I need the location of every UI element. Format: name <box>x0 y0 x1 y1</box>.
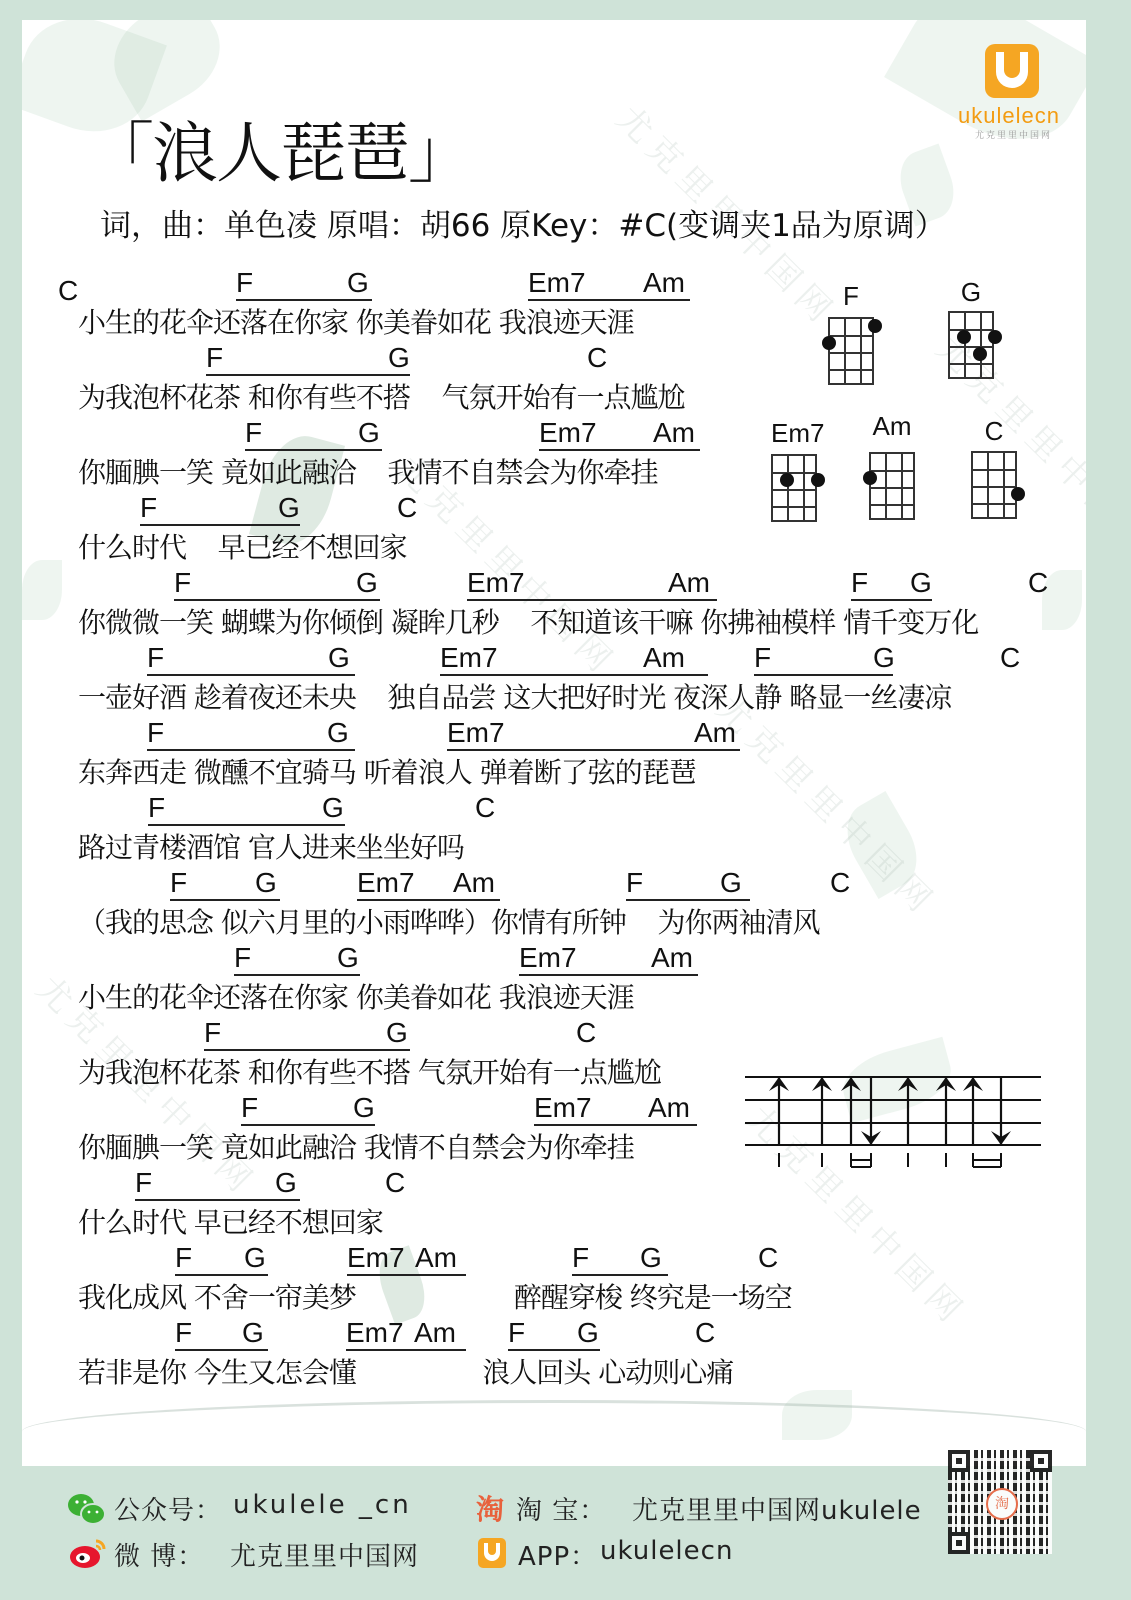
chord-diagram-name: F <box>828 281 874 312</box>
chord-label: F <box>170 868 187 898</box>
qr-code[interactable]: 淘 <box>948 1450 1052 1554</box>
leaf-decoration <box>884 20 1086 167</box>
chord-underline <box>135 1199 300 1201</box>
chord-underline <box>851 599 932 601</box>
chord-label: G <box>337 943 359 973</box>
chord-label: F <box>175 1243 192 1273</box>
chord-label: Am <box>653 418 695 448</box>
lyric-line: 你腼腆一笑 竟如此融洽 我情不自禁会为你牵挂 <box>78 456 658 490</box>
chord-underline <box>572 1274 668 1276</box>
chord-underline <box>347 1274 466 1276</box>
chord-underline <box>175 1349 268 1351</box>
chord-label: G <box>275 1168 297 1198</box>
strum-pattern <box>745 1073 1041 1173</box>
chord-label: G <box>873 643 895 673</box>
strum-pattern-icon <box>745 1073 1041 1173</box>
chord-label: F <box>245 418 262 448</box>
chord-label: Em7 <box>357 868 415 898</box>
chord-label: Am <box>643 268 685 298</box>
lyric-line: 为我泡杯花茶 和你有些不搭 气氛开始有一点尴尬 <box>78 1056 661 1090</box>
wechat-label: 公众号： <box>114 1490 222 1527</box>
chord-underline <box>234 974 360 976</box>
chord-underline <box>140 524 300 526</box>
chord-underline <box>467 599 717 601</box>
chord-label: Em7 <box>347 1243 405 1273</box>
weibo-account[interactable]: 尤克里里中国网 <box>230 1536 419 1573</box>
song-credits: 词，曲：单色凌 原唱：胡66 原Key：#C(变调夹1品为原调） <box>100 200 946 245</box>
chord-label: F <box>241 1093 258 1123</box>
chord-label: G <box>278 493 300 523</box>
chord-label: G <box>347 268 369 298</box>
lyric-line: 小生的花伞还落在你家 你美眷如花 我浪迹天涯 <box>78 306 634 340</box>
chord-label: G <box>577 1318 599 1348</box>
chord-underline <box>440 674 708 676</box>
chord-diagram-name: Em7 <box>771 418 817 449</box>
chord-label: G <box>356 568 378 598</box>
chord-label: G <box>910 568 932 598</box>
chord-label: Em7 <box>346 1318 404 1348</box>
chord-diagram-g: G <box>948 279 994 379</box>
chord-label: G <box>358 418 380 448</box>
chord-diagram-name: Am <box>869 411 915 442</box>
lyric-line: 小生的花伞还落在你家 你美眷如花 我浪迹天涯 <box>78 981 634 1015</box>
finger-dot <box>863 471 877 485</box>
chord-label: F <box>234 943 251 973</box>
lyric-line: 东奔西走 微醺不宜骑马 听着浪人 弹着断了弦的琵琶 <box>78 756 696 790</box>
chord-label: Am <box>453 868 495 898</box>
chord-label: F <box>140 493 157 523</box>
chord-label: C <box>58 276 78 306</box>
chord-diagram-am: Am <box>869 413 915 520</box>
chord-label: G <box>353 1093 375 1123</box>
chord-label: Am <box>651 943 693 973</box>
finger-dot <box>780 473 794 487</box>
chord-label: Em7 <box>539 418 597 448</box>
lyric-line: 路过青楼酒馆 官人进来坐坐好吗 <box>78 831 464 865</box>
chord-diagram-c: C <box>971 418 1017 519</box>
chord-underline <box>147 674 355 676</box>
chord-label: F <box>135 1168 152 1198</box>
taobao-label: 淘 宝： <box>516 1490 606 1527</box>
lyric-line: 你微微一笑 蝴蝶为你倾倒 凝眸几秒 不知道该干嘛 你拂袖模样 情千变万化 <box>78 606 978 640</box>
chord-underline <box>206 374 410 376</box>
chord-underline <box>534 1124 697 1126</box>
lyric-line: 我化成风 不舍一帘美梦 醉醒穿梭 终究是一场空 <box>78 1281 792 1315</box>
chord-diagram-em7: Em7 <box>771 420 817 522</box>
chord-underline <box>519 974 698 976</box>
chord-label: Em7 <box>440 643 498 673</box>
chord-label: Em7 <box>447 718 505 748</box>
chord-label: C <box>587 343 607 373</box>
chord-label: Em7 <box>467 568 525 598</box>
leaf-decoration <box>22 560 62 620</box>
chord-label: G <box>328 643 350 673</box>
chord-label: Em7 <box>534 1093 592 1123</box>
lyric-line: 若非是你 今生又怎会懂 浪人回头 心动则心痛 <box>78 1356 733 1390</box>
lyric-line: 你腼腆一笑 竟如此融洽 我情不自禁会为你牵挂 <box>78 1131 634 1165</box>
chord-diagram-name: C <box>971 416 1017 447</box>
vine-decoration <box>22 1400 1086 1463</box>
finger-dot <box>868 319 882 333</box>
chord-underline <box>170 899 280 901</box>
chord-underline <box>148 824 345 826</box>
chord-label: Em7 <box>528 268 586 298</box>
chord-label: C <box>475 793 495 823</box>
chord-underline <box>236 299 372 301</box>
chord-label: C <box>695 1318 715 1348</box>
chord-label: F <box>147 718 164 748</box>
lyric-line: 什么时代 早已经不想回家 <box>78 531 407 565</box>
chord-label: Am <box>668 568 710 598</box>
chord-underline <box>447 749 740 751</box>
taobao-shop[interactable]: 尤克里里中国网ukulele <box>632 1490 922 1527</box>
chord-underline <box>357 899 500 901</box>
chord-label: F <box>851 568 868 598</box>
chord-label: F <box>174 568 191 598</box>
chord-label: F <box>204 1018 221 1048</box>
chord-label: C <box>758 1243 778 1273</box>
chord-underline <box>204 1049 410 1051</box>
chord-underline <box>174 599 380 601</box>
chord-label: C <box>1028 568 1048 598</box>
qr-taobao-logo: 淘 <box>986 1488 1018 1520</box>
app-icon <box>478 1538 506 1568</box>
chord-underline <box>175 1274 268 1276</box>
weibo-icon <box>68 1537 108 1571</box>
chord-diagram-f: F <box>828 283 874 385</box>
wechat-icon <box>67 1492 107 1526</box>
chord-label: G <box>255 868 277 898</box>
lyric-line: 什么时代 早已经不想回家 <box>78 1206 383 1240</box>
chord-label: Am <box>414 1318 456 1348</box>
chord-underline <box>241 1124 375 1126</box>
chord-underline <box>147 749 355 751</box>
chord-underline <box>346 1349 466 1351</box>
lyric-line: 一壶好酒 趁着夜还未央 独自品尝 这大把好时光 夜深人静 略显一丝凄凉 <box>78 681 951 715</box>
chord-label: G <box>640 1243 662 1273</box>
weibo-label: 微 博： <box>114 1536 204 1573</box>
chord-label: G <box>388 343 410 373</box>
chord-label: Am <box>694 718 736 748</box>
chord-label: F <box>206 343 223 373</box>
chord-label: G <box>242 1318 264 1348</box>
chord-label: F <box>626 868 643 898</box>
chord-label: G <box>720 868 742 898</box>
chord-label: G <box>244 1243 266 1273</box>
chord-label: Am <box>643 643 685 673</box>
app-name[interactable]: ukulelecn <box>600 1536 733 1566</box>
song-title: 「浪人琵琶」 <box>88 100 472 195</box>
chord-label: F <box>148 793 165 823</box>
ukulelecn-logo-icon <box>985 44 1039 98</box>
chord-label: C <box>576 1018 596 1048</box>
finger-dot <box>811 473 825 487</box>
chord-label: F <box>508 1318 525 1348</box>
chord-label: F <box>572 1243 589 1273</box>
app-label: APP： <box>518 1536 597 1573</box>
chord-label: G <box>322 793 344 823</box>
lyric-line: 为我泡杯花茶 和你有些不搭 气氛开始有一点尴尬 <box>78 381 685 415</box>
chord-underline <box>528 299 690 301</box>
chord-label: Am <box>415 1243 457 1273</box>
chord-label: Em7 <box>519 943 577 973</box>
chord-underline <box>245 449 382 451</box>
chord-underline <box>508 1349 600 1351</box>
wechat-account[interactable]: ukulele _cn <box>233 1490 412 1520</box>
chord-underline <box>626 899 750 901</box>
chord-label: C <box>385 1168 405 1198</box>
chord-label: F <box>754 643 771 673</box>
chord-underline <box>539 449 700 451</box>
chord-label: F <box>175 1318 192 1348</box>
chord-label: G <box>386 1018 408 1048</box>
taobao-icon: 淘 <box>476 1488 505 1528</box>
lyric-line: （我的思念 似六月里的小雨哗哗）你情有所钟 为你两袖清风 <box>78 906 820 940</box>
logo-text: ukulelecn <box>958 103 1060 129</box>
chord-label: C <box>830 868 850 898</box>
finger-dot <box>1011 487 1025 501</box>
chord-underline <box>754 674 893 676</box>
chord-label: C <box>1000 643 1020 673</box>
finger-dot <box>957 330 971 344</box>
finger-dot <box>988 330 1002 344</box>
chord-label: G <box>327 718 349 748</box>
chord-label: Am <box>648 1093 690 1123</box>
finger-dot <box>822 336 836 350</box>
chord-label: C <box>397 493 417 523</box>
watermark: 尤克里里中国网 <box>708 683 951 926</box>
chord-label: F <box>147 643 164 673</box>
logo-subtitle: 尤克里里中国网 <box>975 128 1052 141</box>
chord-diagram-name: G <box>948 277 994 308</box>
chord-label: F <box>236 268 253 298</box>
finger-dot <box>973 347 987 361</box>
